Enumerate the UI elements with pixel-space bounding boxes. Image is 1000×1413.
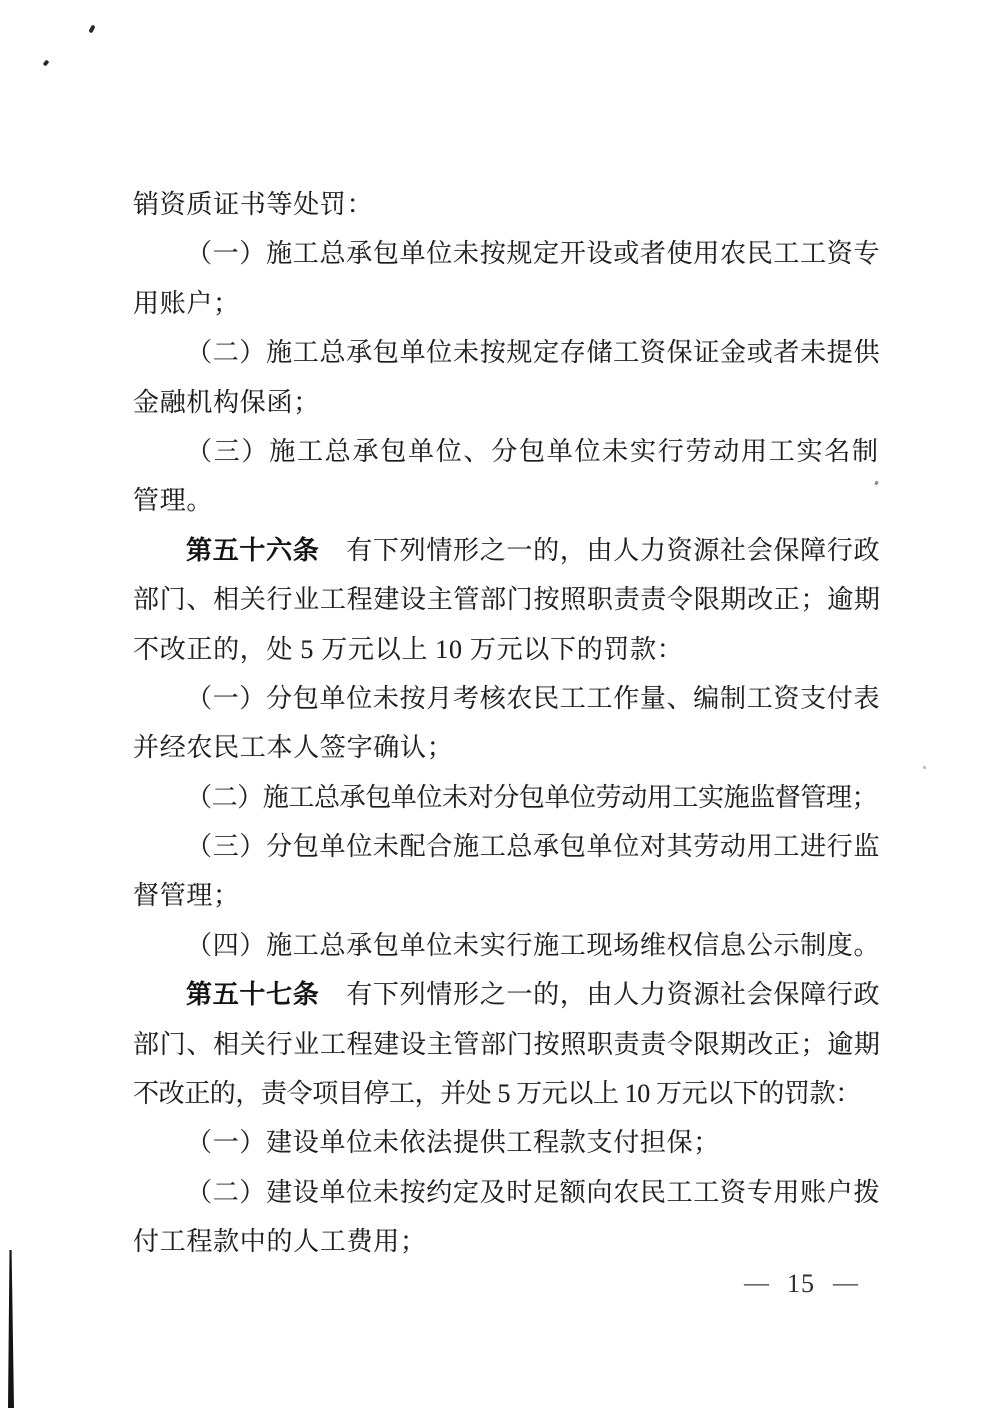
line-text: （四）施工总承包单位未实行施工现场维权信息公示制度。 [186, 931, 880, 960]
text-line: 管理。 [133, 476, 881, 525]
text-line: 用账户； [133, 279, 881, 328]
line-text: 部门、相关行业工程建设主管部门按照职责责令限期改正；逾期 [133, 1030, 881, 1059]
text-line: （二）施工总承包单位未按规定存储工资保证金或者未提供 [133, 328, 881, 377]
line-text: 用账户； [133, 289, 240, 318]
text-line: （四）施工总承包单位未实行施工现场维权信息公示制度。 [133, 921, 881, 970]
line-text: 销资质证书等处罚： [133, 190, 373, 219]
text-line: 销资质证书等处罚： [133, 180, 881, 229]
text-line: 不改正的，责令项目停工，并处 5 万元以上 10 万元以下的罚款： [133, 1069, 881, 1118]
scan-edge-line [8, 1250, 14, 1408]
text-line: 部门、相关行业工程建设主管部门按照职责责令限期改正；逾期 [133, 575, 881, 624]
line-text: 管理。 [133, 486, 213, 515]
text-line: （二）施工总承包单位未对分包单位劳动用工实施监督管理； [133, 773, 881, 822]
line-text: 并经农民工本人签字确认； [133, 733, 453, 762]
line-text: （一）建设单位未依法提供工程款支付担保； [186, 1128, 720, 1157]
scan-artifact-speck [923, 766, 926, 769]
line-text: 有下列情形之一的，由人力资源社会保障行政 [320, 980, 881, 1009]
document-page-body: 销资质证书等处罚： （一）施工总承包单位未按规定开设或者使用农民工工资专 用账户… [133, 180, 881, 1267]
text-line: 不改正的，处 5 万元以上 10 万元以下的罚款： [133, 625, 881, 674]
text-line: （三）施工总承包单位、分包单位未实行劳动用工实名制 [133, 427, 881, 476]
line-text: 不改正的，责令项目停工，并处 5 万元以上 10 万元以下的罚款： [133, 1079, 861, 1108]
footer-dash-right: — [833, 1270, 858, 1298]
line-text: （三）分包单位未配合施工总承包单位对其劳动用工进行监 [186, 832, 880, 861]
text-line: 付工程款中的人工费用； [133, 1217, 881, 1266]
scan-artifact-speck [88, 25, 95, 34]
text-line: 第五十七条 有下列情形之一的，由人力资源社会保障行政 [133, 970, 881, 1019]
line-text: （三）施工总承包单位、分包单位未实行劳动用工实名制 [186, 437, 880, 466]
article-number: 第五十七条 [186, 980, 320, 1009]
page-footer: — 15 — [744, 1269, 858, 1299]
text-line: 金融机构保函； [133, 378, 881, 427]
text-line: 督管理； [133, 871, 881, 920]
line-text: （二）施工总承包单位未按规定存储工资保证金或者未提供 [186, 338, 880, 367]
line-text: 部门、相关行业工程建设主管部门按照职责责令限期改正；逾期 [133, 585, 881, 614]
line-text: （一）施工总承包单位未按规定开设或者使用农民工工资专 [186, 239, 880, 268]
text-line: 部门、相关行业工程建设主管部门按照职责责令限期改正；逾期 [133, 1020, 881, 1069]
text-line: 并经农民工本人签字确认； [133, 723, 881, 772]
article-number: 第五十六条 [186, 536, 320, 565]
text-line: （一）分包单位未按月考核农民工工作量、编制工资支付表 [133, 674, 881, 723]
text-line: （一）建设单位未依法提供工程款支付担保； [133, 1118, 881, 1167]
text-line: （三）分包单位未配合施工总承包单位对其劳动用工进行监 [133, 822, 881, 871]
line-text: （二）施工总承包单位未对分包单位劳动用工实施监督管理； [186, 783, 877, 812]
line-text: （一）分包单位未按月考核农民工工作量、编制工资支付表 [186, 684, 880, 713]
line-text: 金融机构保函； [133, 388, 320, 417]
line-text: 不改正的，处 5 万元以上 10 万元以下的罚款： [133, 635, 684, 664]
line-text: （二）建设单位未按约定及时足额向农民工工资专用账户拨 [186, 1178, 880, 1207]
text-line: （一）施工总承包单位未按规定开设或者使用农民工工资专 [133, 229, 881, 278]
scan-artifact-speck [43, 59, 50, 66]
line-text: 付工程款中的人工费用； [133, 1227, 427, 1256]
text-line: 第五十六条 有下列情形之一的，由人力资源社会保障行政 [133, 526, 881, 575]
footer-dash-left: — [744, 1270, 769, 1298]
page-number: 15 [787, 1269, 815, 1299]
text-line: （二）建设单位未按约定及时足额向农民工工资专用账户拨 [133, 1168, 881, 1217]
line-text: 有下列情形之一的，由人力资源社会保障行政 [320, 536, 881, 565]
line-text: 督管理； [133, 881, 240, 910]
